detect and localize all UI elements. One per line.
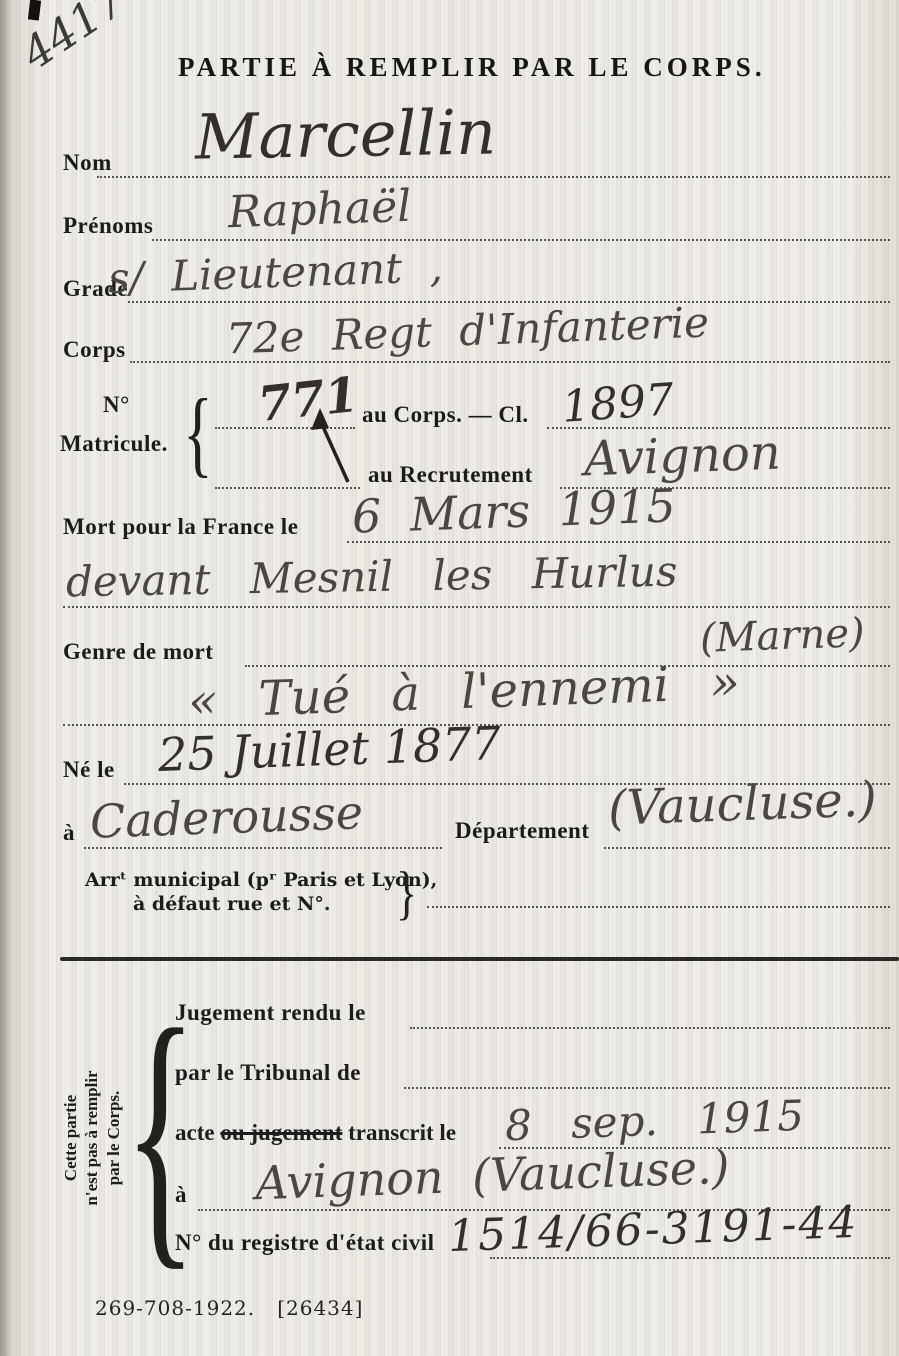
dotted-line	[410, 1027, 890, 1029]
mort-lieu-value: devant Mesnil les Hurlus	[66, 551, 678, 604]
nom-label: Nom	[63, 150, 112, 176]
dotted-line	[604, 847, 890, 849]
acte-lieu-value: Avignon (Vaucluse.)	[254, 1144, 730, 1207]
dotted-line	[404, 1087, 890, 1089]
acte-label-suffix: transcrit le	[342, 1120, 456, 1145]
corps-value: 72e Regt d'Infanterie	[225, 302, 709, 361]
acte-lieu-label: à	[175, 1182, 187, 1208]
prenoms-value: Raphaël	[227, 185, 412, 235]
dotted-line	[97, 176, 890, 178]
prenoms-label: Prénoms	[63, 213, 153, 239]
mort-date-value: 6 Mars 1915	[351, 482, 676, 539]
dotted-line	[63, 606, 890, 608]
genre-mort-departement: (Marne)	[699, 613, 865, 659]
classe-value: 1897	[561, 378, 676, 430]
dotted-line	[215, 487, 360, 489]
side-note: Cette partie n'est pas à remplir par le …	[60, 1018, 130, 1258]
arrow-annotation	[296, 404, 360, 490]
acte-date-value: 8 sep. 1915	[504, 1095, 804, 1147]
matricule-brace: {	[183, 386, 213, 482]
section-divider	[60, 957, 899, 961]
au-corps-label: au Corps. — Cl.	[362, 402, 529, 428]
side-note-line3: par le Corps.	[104, 1091, 123, 1186]
departement-label: Département	[455, 818, 590, 844]
arr-municipal-line2: à défaut rue et N°.	[133, 893, 330, 915]
jugement-label: Jugement rendu le	[175, 1000, 366, 1026]
scan-artifact	[28, 0, 41, 21]
matricule-no-label: N°	[103, 392, 130, 418]
dotted-line	[152, 239, 890, 241]
acte-label-prefix: acte	[175, 1120, 220, 1145]
dotted-line	[347, 541, 890, 543]
death-record-card: 4417 PARTIE À REMPLIR PAR LE CORPS. Nom …	[0, 0, 899, 1356]
arr-municipal-line1: Arrᵗ municipal (pʳ Paris et Lyon),	[85, 869, 437, 891]
grade-value: s/ Lieutenant ,	[107, 246, 443, 300]
ne-le-value: 25 Juillet 1877	[157, 720, 501, 778]
registre-value: 1514/66-3191-44	[447, 1201, 859, 1259]
dotted-line	[84, 847, 442, 849]
acte-label-struck: ou jugement	[220, 1120, 342, 1145]
dotted-line	[128, 301, 890, 303]
nom-value: Marcellin	[194, 101, 496, 168]
form-title: PARTIE À REMPLIR PAR LE CORPS.	[178, 52, 766, 83]
tribunal-label: par le Tribunal de	[175, 1060, 361, 1086]
lieu-naissance-label: à	[63, 820, 75, 846]
acte-label: acte ou jugement transcrit le	[175, 1120, 456, 1146]
recrutement-value: Avignon	[583, 429, 781, 484]
departement-value: (Vaucluse.)	[607, 775, 877, 832]
genre-mort-value: « Tué à l'ennemi »	[187, 658, 740, 725]
arr-municipal-brace: }	[396, 864, 417, 923]
side-note-line2: n'est pas à remplir	[82, 1070, 101, 1205]
side-note-line1: Cette partie	[61, 1095, 80, 1181]
mort-label: Mort pour la France le	[63, 514, 298, 540]
scan-edge-shade	[0, 0, 14, 1356]
genre-mort-label: Genre de mort	[63, 639, 213, 665]
corps-label: Corps	[63, 337, 126, 363]
print-reference: 269-708-1922. [26434]	[95, 1296, 363, 1320]
ne-le-label: Né le	[63, 757, 115, 783]
dotted-line	[427, 906, 890, 908]
registre-label: N° du registre d'état civil	[175, 1230, 434, 1256]
matricule-label: Matricule.	[60, 431, 168, 457]
lieu-naissance-value: Caderousse	[89, 789, 363, 845]
